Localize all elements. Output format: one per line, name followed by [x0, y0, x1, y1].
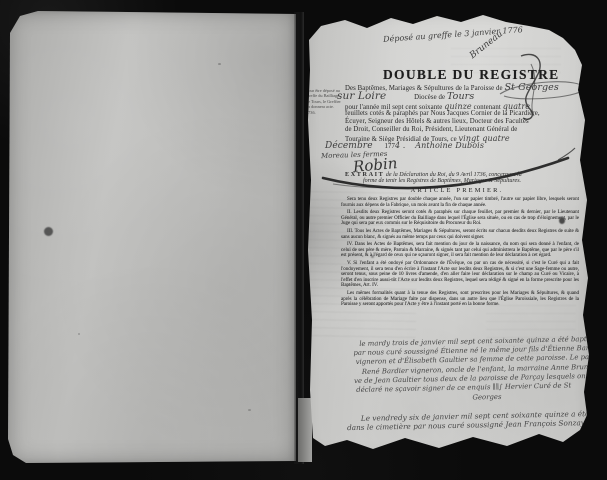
ink-blot — [559, 217, 565, 224]
paper-speck — [78, 333, 80, 335]
ink-spot — [44, 227, 53, 236]
ink-blot — [371, 255, 374, 258]
right-page: Déposé au greffe le 3 janvier 1776 Brune… — [301, 10, 593, 458]
binding-gutter — [294, 12, 304, 464]
left-page — [8, 11, 296, 463]
paper-speck — [248, 409, 251, 411]
paper-speck — [218, 63, 221, 65]
baptism-record-line: Georges — [472, 393, 501, 402]
baptism-record: le mardy trois de janvier mil sept cent … — [296, 7, 597, 461]
under-sheet-edge — [298, 398, 312, 462]
register-photo: Déposé au greffe le 3 janvier 1776 Brune… — [0, 0, 607, 480]
